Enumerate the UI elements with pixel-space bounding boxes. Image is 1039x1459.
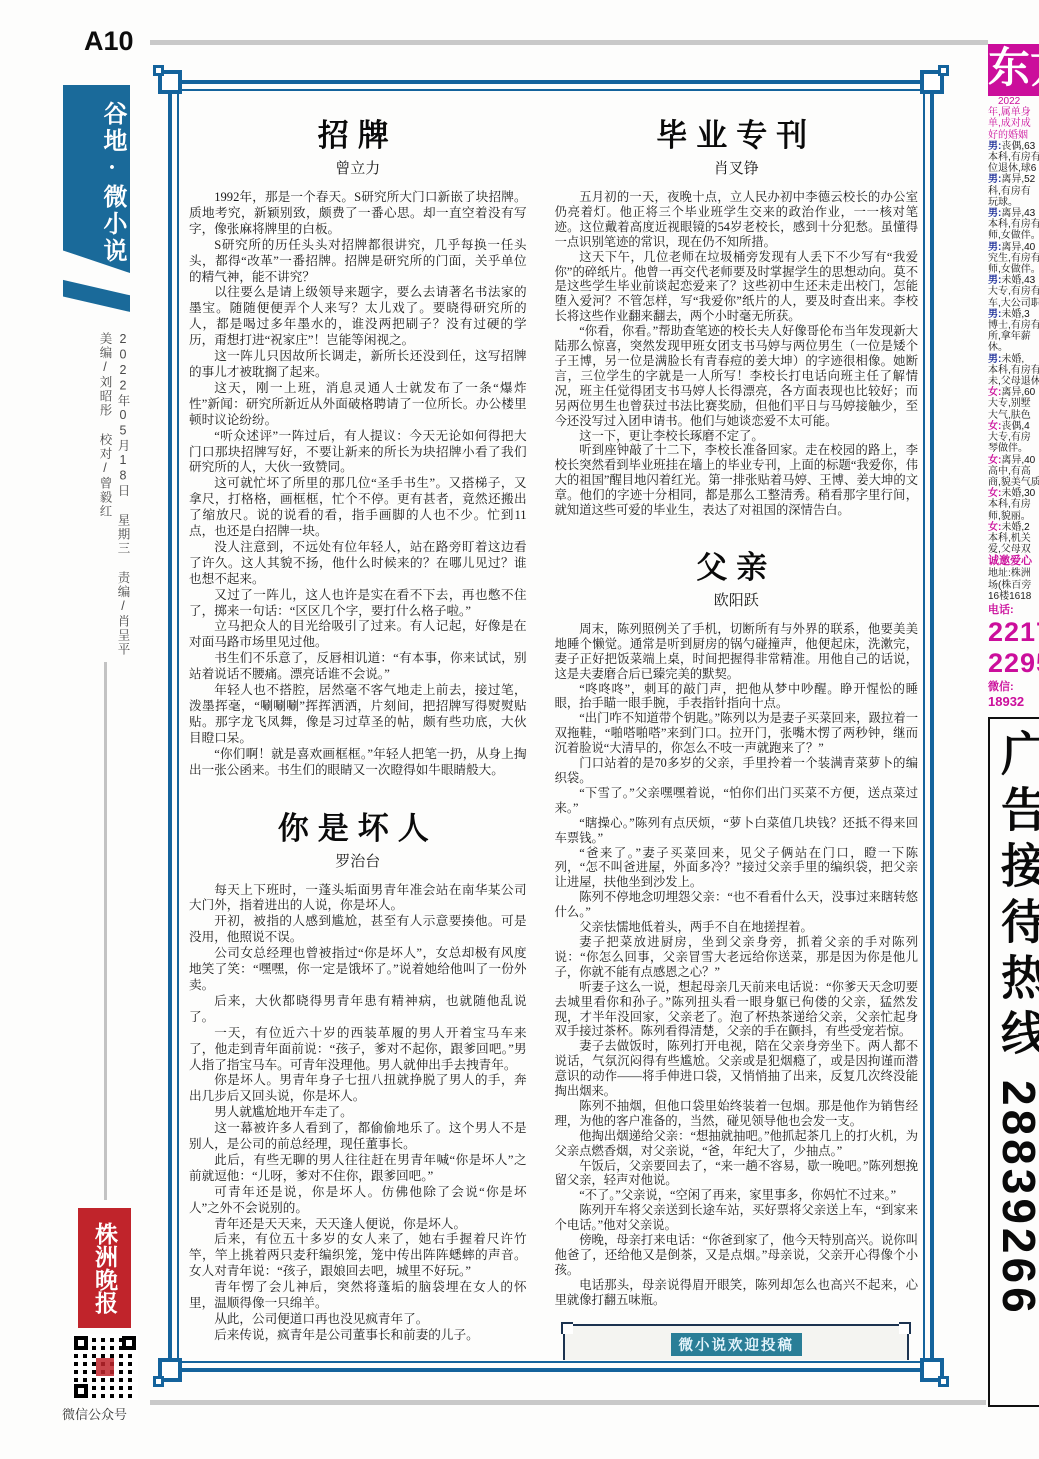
story-zhaopai: 招牌 曾立力 1992年，那是一个春天。S研究所大门口新嵌了块招牌。质地考究，新… xyxy=(189,110,527,779)
classified-line: 场(株百旁 xyxy=(988,580,1039,591)
classified-line: 大气,肤色 xyxy=(988,410,1039,421)
story-paragraph: 傍晚，母亲打来电话：“你爸到家了，他今天特别高兴。说你叫他爸了，还给他又是倒茶，… xyxy=(555,1233,918,1278)
classified-line: 女:离异,60 xyxy=(988,387,1039,398)
story-title: 毕业专刊 xyxy=(555,110,918,155)
classified-line: 16楼1618 xyxy=(988,591,1039,602)
story-paragraph: 从此，公司便道口再也没见疯青年了。 xyxy=(189,1312,527,1328)
story-paragraph: 青年愣了会儿神后，突然将蓬垢的脑袋埋在女人的怀里，温顺得像一只绵羊。 xyxy=(189,1280,527,1312)
story-title: 你是坏人 xyxy=(189,803,527,848)
story-paragraph: 听到座钟敲了十二下，李校长准备回家。走在校园的路上，李校长突然看到毕业班挂在墙上… xyxy=(555,443,918,518)
classified-line: 究生,有房有 xyxy=(988,253,1039,264)
classified-line: 男:离异,40 xyxy=(988,242,1039,253)
qr-finder-icon xyxy=(74,1384,88,1398)
classified-line: 科,有房有 xyxy=(988,186,1039,197)
story-body: 1992年，那是一个春天。S研究所大门口新嵌了块招牌。质地考究，新颖别致，颇费了… xyxy=(189,190,527,779)
wechat-account-label: 微信公众号 xyxy=(62,1404,127,1423)
edition-date-line: 2022年05月18日 星期三 责编/肖呈平 美编/刘昭彤 校对/曾毅红 xyxy=(96,332,132,662)
story-body: 五月初的一天，夜晚十点，立人民办初中李德云校长的办公室仍亮着灯。他正将三个毕业班… xyxy=(555,190,918,518)
section-banner: 谷地·微小说 xyxy=(63,85,130,273)
classified-line: 诚邀爱心 xyxy=(988,555,1039,568)
stories-content: 招牌 曾立力 1992年，那是一个春天。S研究所大门口新嵌了块招牌。质地考究，新… xyxy=(189,106,918,1360)
classified-line: 男:离异,52 xyxy=(988,174,1039,185)
classified-line: 女:离异,40 xyxy=(988,455,1039,466)
submission-box: 微小说欢迎投稿 微信:18216409791 邮箱:zzwb_wx@sina.c… xyxy=(563,1324,909,1360)
classified-line: 商,貌美气质 xyxy=(988,477,1039,488)
ad-hotline-phone: 28839266 xyxy=(996,1080,1039,1317)
story-paragraph: 电话那头，母亲说得眉开眼笑，陈列却怎么也高兴不起来，心里就像打翻五味瓶。 xyxy=(555,1278,918,1308)
story-paragraph: “出门咋不知道带个钥匙。”陈列以为是妻子买菜回来，趿拉着一双拖鞋，“啪嗒啪嗒”来… xyxy=(555,711,918,756)
box-corner-ornament xyxy=(561,1322,573,1334)
story-paragraph: 开初，被指的人感到尴尬，甚至有人示意要揍他。可是没用，他照说不误。 xyxy=(189,914,527,946)
story-title: 招牌 xyxy=(189,110,527,155)
story-paragraph: 1992年，那是一个春天。S研究所大门口新嵌了块招牌。质地考究，新颖别致，颇费了… xyxy=(189,190,527,238)
classified-line: 休。 xyxy=(988,342,1039,353)
classified-line: 位退休,球6 xyxy=(988,163,1039,174)
story-paragraph: “咚咚咚”，刺耳的敲门声，把他从梦中吵醒。睁开惺忪的睡眼，抬手瞄一眼手腕，手表指… xyxy=(555,682,918,712)
page-number: A10 xyxy=(84,26,134,57)
story-paragraph: “你看，你看。”帮助查笔迹的校长夫人好像哥伦布当年发现新大陆那么惊喜，突然发现甲… xyxy=(555,324,918,428)
story-paragraph: 周末，陈列照例关了手机，切断所有与外界的联系，他要美美地睡个懒觉。通常是听到厨房… xyxy=(555,622,918,682)
classified-line: 大专,有房 xyxy=(988,432,1039,443)
story-paragraph: “瞎操心。”陈列有点厌烦，“萝卜白菜值几块钱？还抵不得来回车票钱。” xyxy=(555,816,918,846)
story-paragraph: “不了。”父亲说，“空闲了再来，家里事多，你妈忙不过来。” xyxy=(555,1188,918,1203)
classified-line: 男:未婚, xyxy=(988,354,1039,365)
classified-line: 男:未婚,3 xyxy=(988,309,1039,320)
classified-line: 未,父母退休 xyxy=(988,376,1039,387)
classified-wechat-label: 微信: xyxy=(988,681,1039,694)
story-paragraph: 这一幕被许多人看到了，都偷偷地乐了。这个男人不是别人，是公司的前总经理，现任董事… xyxy=(189,1121,527,1153)
ad-hotline-text: 广告接待热线 xyxy=(996,729,1039,1065)
story-paragraph: 这天，刚一上班，消息灵通人士就发布了一条“爆炸性”新闻：研究所新近从外面破格聘请… xyxy=(189,381,527,429)
story-paragraph: 陈列不停地念叨埋怨父亲：“也不看看什么天，没事过来瞎转悠什么。” xyxy=(555,890,918,920)
left-column: 招牌 曾立力 1992年，那是一个春天。S研究所大门口新嵌了块招牌。质地考究，新… xyxy=(189,106,527,1360)
classified-line: 单,成对成 xyxy=(988,118,1039,129)
story-biyezhuankan: 毕业专刊 肖叉铮 五月初的一天，夜晚十点，立人民办初中李德云校长的办公室仍亮着灯… xyxy=(555,110,918,518)
story-paragraph: 立马把众人的目光给吸引了过来。有人记起，好像是在对面马路市场里见过他。 xyxy=(189,619,527,651)
story-paragraph: 他掏出烟递给父亲：“想抽就抽吧。”他抓起茶几上的打火机，为父亲点燃香烟，对父亲说… xyxy=(555,1129,918,1159)
story-paragraph: 此后，有些无聊的男人往往赶在男青年喊“你是坏人”之前就逗他：“儿呀，爹对不住你，… xyxy=(189,1153,527,1185)
classified-line: 师,女做伴。 xyxy=(988,264,1039,275)
classified-line: 男:离异,43 xyxy=(988,208,1039,219)
story-paragraph: 这一下，更让李校长琢磨不定了。 xyxy=(555,429,918,444)
top-rule xyxy=(150,40,988,45)
classified-line: 爱,父母双 xyxy=(988,544,1039,555)
classified-line: 好的婚姻 xyxy=(988,130,1039,141)
story-author: 曾立力 xyxy=(189,157,527,178)
classified-listings: 2022年,属单身单,成对成好的婚姻男:丧偶,63本科,有房有位退休,球6男:离… xyxy=(988,96,1039,617)
classified-line: 琴做伴。 xyxy=(988,443,1039,454)
ad-hotline-box: 广告接待热线28839266 xyxy=(988,717,1039,1407)
story-paragraph: “听众述评”一阵过后，有人提议：今天无论如何得把大门口那块招牌写好，不要让新来的… xyxy=(189,429,527,477)
story-paragraph: 年轻人也不搭腔，居然毫不客气地走上前去，接过笔，泼墨挥毫，“唰唰唰”挥挥洒洒，片… xyxy=(189,683,527,747)
classified-line: 高中,有高 xyxy=(988,466,1039,477)
qr-code xyxy=(74,1336,136,1398)
classified-line: 女:未婚,30 xyxy=(988,488,1039,499)
story-paragraph: 没人注意到，不远处有位年轻人，站在路旁盯着这边看了许久。这人其貌不扬，他什么时候… xyxy=(189,540,527,588)
story-paragraph: “你们啊！就是喜欢画框框。”年轻人把笔一扔，从身上掏出一张公函来。书生们的眼睛又… xyxy=(189,747,527,779)
story-paragraph: 陈列开车将父亲送到长途车站，买好票将父亲送上车，“到家来个电话。”他对父亲说。 xyxy=(555,1203,918,1233)
classified-line: 本科,有房 xyxy=(988,499,1039,510)
story-paragraph: 门口站着的是70多岁的父亲，手里拎着一个装满青菜萝卜的编织袋。 xyxy=(555,756,918,786)
story-paragraph: 后来，大伙都晓得男青年患有精神病，也就随他乱说了。 xyxy=(189,994,527,1026)
story-paragraph: 父亲怯懦地低着头，两手不自在地搓捏着。 xyxy=(555,920,918,935)
story-paragraph: 这天下午，几位老师在垃圾桶旁发现有人丢下不少写有“我爱你”的碎纸片。他曾一再交代… xyxy=(555,250,918,325)
story-body: 每天上下班时，一蓬头垢面男青年准会站在南华某公司大门外，指着进出的人说，你是坏人… xyxy=(189,883,527,1344)
classified-line: 大专,有房有 xyxy=(988,286,1039,297)
story-paragraph: 以往要么是请上级领导来题字，要么去请著名书法家的墨宝。随随便便弄个人来写？太儿戏… xyxy=(189,285,527,349)
corner-knot-icon xyxy=(920,1358,944,1382)
classified-phone-1: 2217 xyxy=(988,617,1039,648)
story-paragraph: 这一阵儿只因故所长调走，新所长还没到任，这写招牌的事儿才被耽搁了起来。 xyxy=(189,349,527,381)
story-author: 罗治台 xyxy=(189,850,527,871)
story-paragraph: 公司女总经理也曾被指过“你是坏人”，女总却极有风度地笑了笑：“嘿嘿，你一定是饿坏… xyxy=(189,946,527,994)
classified-line: 大专,别墅 xyxy=(988,398,1039,409)
story-paragraph: 书生们不乐意了，反唇相讥道：“有本事，你来试试，别站着说话不腰痛。漂亮话谁不会说… xyxy=(189,651,527,683)
classified-phone-2: 2295 xyxy=(988,648,1039,679)
classified-column: 东方 2022年,属单身单,成对成好的婚姻男:丧偶,63本科,有房有位退休,球6… xyxy=(988,44,1039,1424)
story-paragraph: 后来，有位五十多岁的女人来了，她右手握着尺许竹竿，竿上挑着两只麦秆编织笼，笼中传… xyxy=(189,1232,527,1280)
masthead-stamp: 株洲晚报 xyxy=(78,1208,131,1328)
classified-line: 所,拿年薪 xyxy=(988,331,1039,342)
classified-line: 师,女做伴。 xyxy=(988,230,1039,241)
corner-knot-icon xyxy=(158,1358,182,1382)
left-divider-rule xyxy=(104,662,107,1200)
classified-line: 师,貌丽。 xyxy=(988,511,1039,522)
bottom-rule xyxy=(150,1400,986,1405)
story-paragraph: 你是坏人。男青年身子七扭八扭就挣脱了男人的手，奔出几步后又回头说，你是坏人。 xyxy=(189,1073,527,1105)
story-nishihuairen: 你是坏人 罗治台 每天上下班时，一蓬头垢面男青年准会站在南华某公司大门外，指着进… xyxy=(189,803,527,1344)
story-fuqin: 父亲 欧阳跃 周末，陈列照例关了手机，切断所有与外界的联系，他要美美地睡个懒觉。… xyxy=(555,542,918,1308)
box-corner-ornament xyxy=(899,1322,911,1334)
story-paragraph: 听妻子这么一说，想起母亲几天前来电话说：“你爹天天念叨要去城里看你和孙子。”陈列… xyxy=(555,980,918,1040)
classified-header: 东方 xyxy=(988,44,1039,96)
classified-line: 本科,有房有 xyxy=(988,219,1039,230)
classified-line: 电话: xyxy=(988,604,1039,617)
right-column: 毕业专刊 肖叉铮 五月初的一天，夜晚十点，立人民办初中李德云校长的办公室仍亮着灯… xyxy=(555,106,918,1360)
story-paragraph: “下雪了。”父亲嘿嘿着说，“怕你们出门买菜不方便，送点菜过来。” xyxy=(555,786,918,816)
story-paragraph: 青年还是天天来，天天逢人便说，你是坏人。 xyxy=(189,1217,527,1233)
section-banner-label: 谷地·微小说 xyxy=(63,85,130,273)
story-paragraph: 这可就忙坏了所里的那几位“圣手书生”。又搭梯子，又拿尺，打格格，画框框，忙个不停… xyxy=(189,476,527,540)
classified-line: 男:未婚,43 xyxy=(988,275,1039,286)
submission-title: 微小说欢迎投稿 xyxy=(671,1333,803,1356)
classified-line: 玩球。 xyxy=(988,197,1039,208)
story-body: 周末，陈列照例关了手机，切断所有与外界的联系，他要美美地睡个懒觉。通常是听到厨房… xyxy=(555,622,918,1308)
corner-knot-icon xyxy=(158,70,182,94)
qr-center-seal-icon xyxy=(96,1358,114,1376)
story-title: 父亲 xyxy=(555,542,918,587)
submission-wechat: 微信:18216409791 xyxy=(571,1359,901,1360)
story-paragraph: 一天，有位近六十岁的西装革履的男人开着宝马车来了，他走到青年面前说：“孩子，爹对… xyxy=(189,1026,527,1074)
main-frame: 招牌 曾立力 1992年，那是一个春天。S研究所大门口新嵌了块招牌。质地考究，新… xyxy=(168,80,934,1372)
classified-line: 女:丧偶,4 xyxy=(988,421,1039,432)
story-paragraph: 每天上下班时，一蓬头垢面男青年准会站在南华某公司大门外，指着进出的人说，你是坏人… xyxy=(189,883,527,915)
story-paragraph: 陈列不抽烟，但他口袋里始终装着一包烟。那是他作为销售经理，为他的客户准备的，当然… xyxy=(555,1099,918,1129)
classified-line: 2022 xyxy=(988,96,1039,107)
section-banner-tail xyxy=(63,262,130,326)
classified-line: 本科,机关 xyxy=(988,533,1039,544)
classified-wechat-number: 18932 xyxy=(988,694,1039,709)
classified-line: 本科,有房有 xyxy=(988,152,1039,163)
story-paragraph: S研究所的历任头头对招牌都很讲究，几乎每换一任头头，都得“改革”一番招牌。招牌是… xyxy=(189,238,527,286)
story-paragraph: 男人就尴尬地开车走了。 xyxy=(189,1105,527,1121)
story-paragraph: 又过了一阵儿，这人也许是实在看不下去，再也憋不住了，掷来一句话：“区区几个字，要… xyxy=(189,588,527,620)
story-paragraph: 可青年还是说，你是坏人。仿佛他除了会说“你是坏人”之外不会说别的。 xyxy=(189,1185,527,1217)
classified-line: 女:未婚,2 xyxy=(988,522,1039,533)
story-paragraph: “爸来了。”妻子买菜回来，见父子俩站在门口，瞪一下陈列，“怎不叫爸进屋，外面多冷… xyxy=(555,846,918,891)
story-paragraph: 午饭后，父亲要回去了，“来一趟不容易，歇一晚吧。”陈列想挽留父亲，轻声对他说。 xyxy=(555,1159,918,1189)
story-paragraph: 妻子把菜放进厨房，坐到父亲身旁，抓着父亲的手对陈列说：“你怎么回事，父亲冒雪大老… xyxy=(555,935,918,980)
classified-line: 博士,有房有 xyxy=(988,320,1039,331)
story-paragraph: 妻子去做饭时，陈列打开电视，陪在父亲身旁坐下。两人都不说话，气氛沉闷得有些尴尬。… xyxy=(555,1039,918,1099)
classified-line: 男:丧偶,63 xyxy=(988,141,1039,152)
story-author: 欧阳跃 xyxy=(555,589,918,610)
story-paragraph: 五月初的一天，夜晚十点，立人民办初中李德云校长的办公室仍亮着灯。他正将三个毕业班… xyxy=(555,190,918,250)
story-paragraph: 后来传说，疯青年是公司董事长和前妻的儿子。 xyxy=(189,1328,527,1344)
classified-line: 年,属单身 xyxy=(988,107,1039,118)
masthead-title: 株洲晚报 xyxy=(93,1222,116,1314)
classified-line: 本科,有房有 xyxy=(988,365,1039,376)
corner-knot-icon xyxy=(920,70,944,94)
classified-line: 地址:株洲 xyxy=(988,568,1039,579)
story-author: 肖叉铮 xyxy=(555,157,918,178)
classified-line: 车,大公司职 xyxy=(988,298,1039,309)
